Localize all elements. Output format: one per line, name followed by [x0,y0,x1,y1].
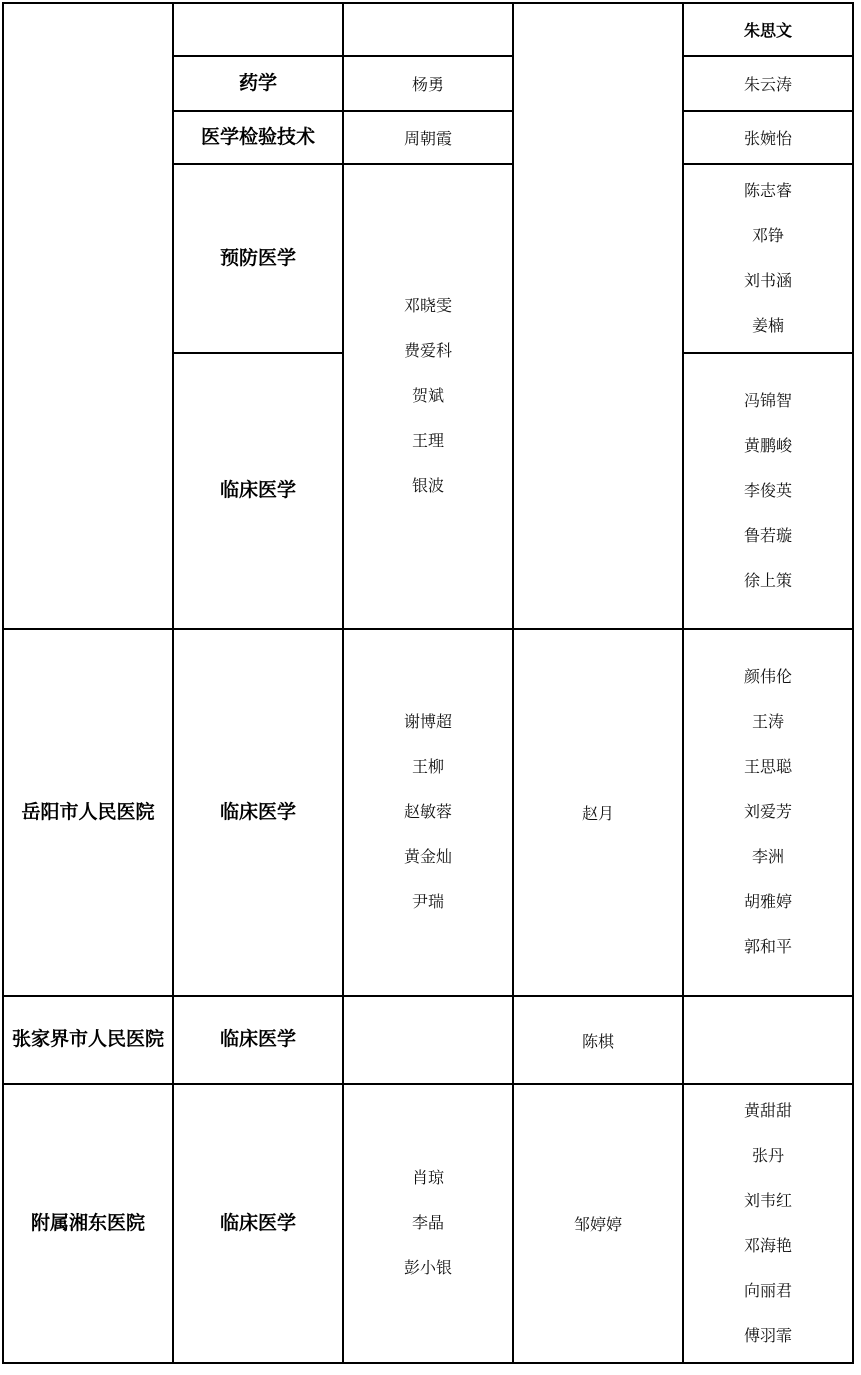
name-cell-zhangjiajie-col3 [343,996,513,1084]
major-cell-zhangjiajie: 临床医学 [173,996,343,1084]
person-name: 徐上策 [684,559,852,604]
name-cell-r5-col5: 冯锦智黄鹏峻李俊英鲁若璇徐上策 [683,353,853,629]
name-cell-yueyang-col5: 颜伟伦王涛王思聪刘爱芳李洲胡雅婷郭和平 [683,629,853,996]
person-name: 刘韦红 [684,1179,852,1224]
hospital-roster-table: 朱思文 药学 杨勇 朱云涛 医学检验技术 周朝霞 张婉怡 预防医学 邓晓雯费爱科… [2,2,854,1364]
person-name: 王理 [344,419,512,464]
name-cell-r2-col3: 杨勇 [343,56,513,111]
person-name: 冯锦智 [684,379,852,424]
person-name: 黄金灿 [344,835,512,880]
name-cell-yueyang-col3: 谢博超王柳赵敏蓉黄金灿尹瑞 [343,629,513,996]
hospital-cell-zhangjiajie: 张家界市人民医院 [3,996,173,1084]
person-name: 李洲 [684,835,852,880]
person-name: 刘爱芳 [684,790,852,835]
name-cell-r1-col5: 朱思文 [683,3,853,56]
person-name: 王涛 [684,700,852,745]
name-cell-xiangdong-col4: 邹婷婷 [513,1084,683,1363]
major-cell-preventive-medicine: 预防医学 [173,164,343,353]
name-cell-top-col3-merged: 邓晓雯费爱科贺斌王理银波 [343,164,513,629]
name-cell-zhangjiajie-col5 [683,996,853,1084]
hospital-cell-xiangdong: 附属湘东医院 [3,1084,173,1363]
person-name: 王思聪 [684,745,852,790]
person-name: 张丹 [684,1134,852,1179]
major-cell-yueyang: 临床医学 [173,629,343,996]
person-name: 银波 [344,464,512,509]
person-name: 邓海艳 [684,1224,852,1269]
hospital-cell-top [3,3,173,629]
person-name: 彭小银 [344,1246,512,1291]
person-name: 胡雅婷 [684,880,852,925]
name-cell-xiangdong-col3: 肖琼李晶彭小银 [343,1084,513,1363]
name-cell-zhangjiajie-col4: 陈棋 [513,996,683,1084]
name-cell-r3-col5: 张婉怡 [683,111,853,164]
person-name: 赵敏蓉 [344,790,512,835]
person-name: 邓晓雯 [344,284,512,329]
major-cell-xiangdong: 临床医学 [173,1084,343,1363]
person-name: 黄鹏峻 [684,424,852,469]
name-cell-r1-col3 [343,3,513,56]
person-name: 费爱科 [344,329,512,374]
person-name: 向丽君 [684,1269,852,1314]
name-cell-yueyang-col4: 赵月 [513,629,683,996]
major-cell-clinical-medicine-top: 临床医学 [173,353,343,629]
person-name: 刘书涵 [684,259,852,304]
major-cell-pharmacy: 药学 [173,56,343,111]
person-name: 李俊英 [684,469,852,514]
major-cell-lab-medicine: 医学检验技术 [173,111,343,164]
person-name: 邓铮 [684,214,852,259]
person-name: 颜伟伦 [684,655,852,700]
name-cell-r3-col3: 周朝霞 [343,111,513,164]
name-cell-r4-col5: 陈志睿邓铮刘书涵姜楠 [683,164,853,353]
hospital-cell-yueyang: 岳阳市人民医院 [3,629,173,996]
person-name: 谢博超 [344,700,512,745]
major-cell-r1 [173,3,343,56]
person-name: 陈志睿 [684,169,852,214]
person-name: 黄甜甜 [684,1089,852,1134]
document-page: 朱思文 药学 杨勇 朱云涛 医学检验技术 周朝霞 张婉怡 预防医学 邓晓雯费爱科… [0,0,861,1375]
person-name: 贺斌 [344,374,512,419]
person-name: 王柳 [344,745,512,790]
name-cell-xiangdong-col5: 黄甜甜张丹刘韦红邓海艳向丽君傅羽霏 [683,1084,853,1363]
person-name: 尹瑞 [344,880,512,925]
person-name: 鲁若璇 [684,514,852,559]
person-name: 李晶 [344,1201,512,1246]
name-cell-top-col4 [513,3,683,629]
person-name: 傅羽霏 [684,1314,852,1359]
person-name: 姜楠 [684,304,852,349]
person-name: 郭和平 [684,925,852,970]
person-name: 肖琼 [344,1156,512,1201]
name-cell-r2-col5: 朱云涛 [683,56,853,111]
